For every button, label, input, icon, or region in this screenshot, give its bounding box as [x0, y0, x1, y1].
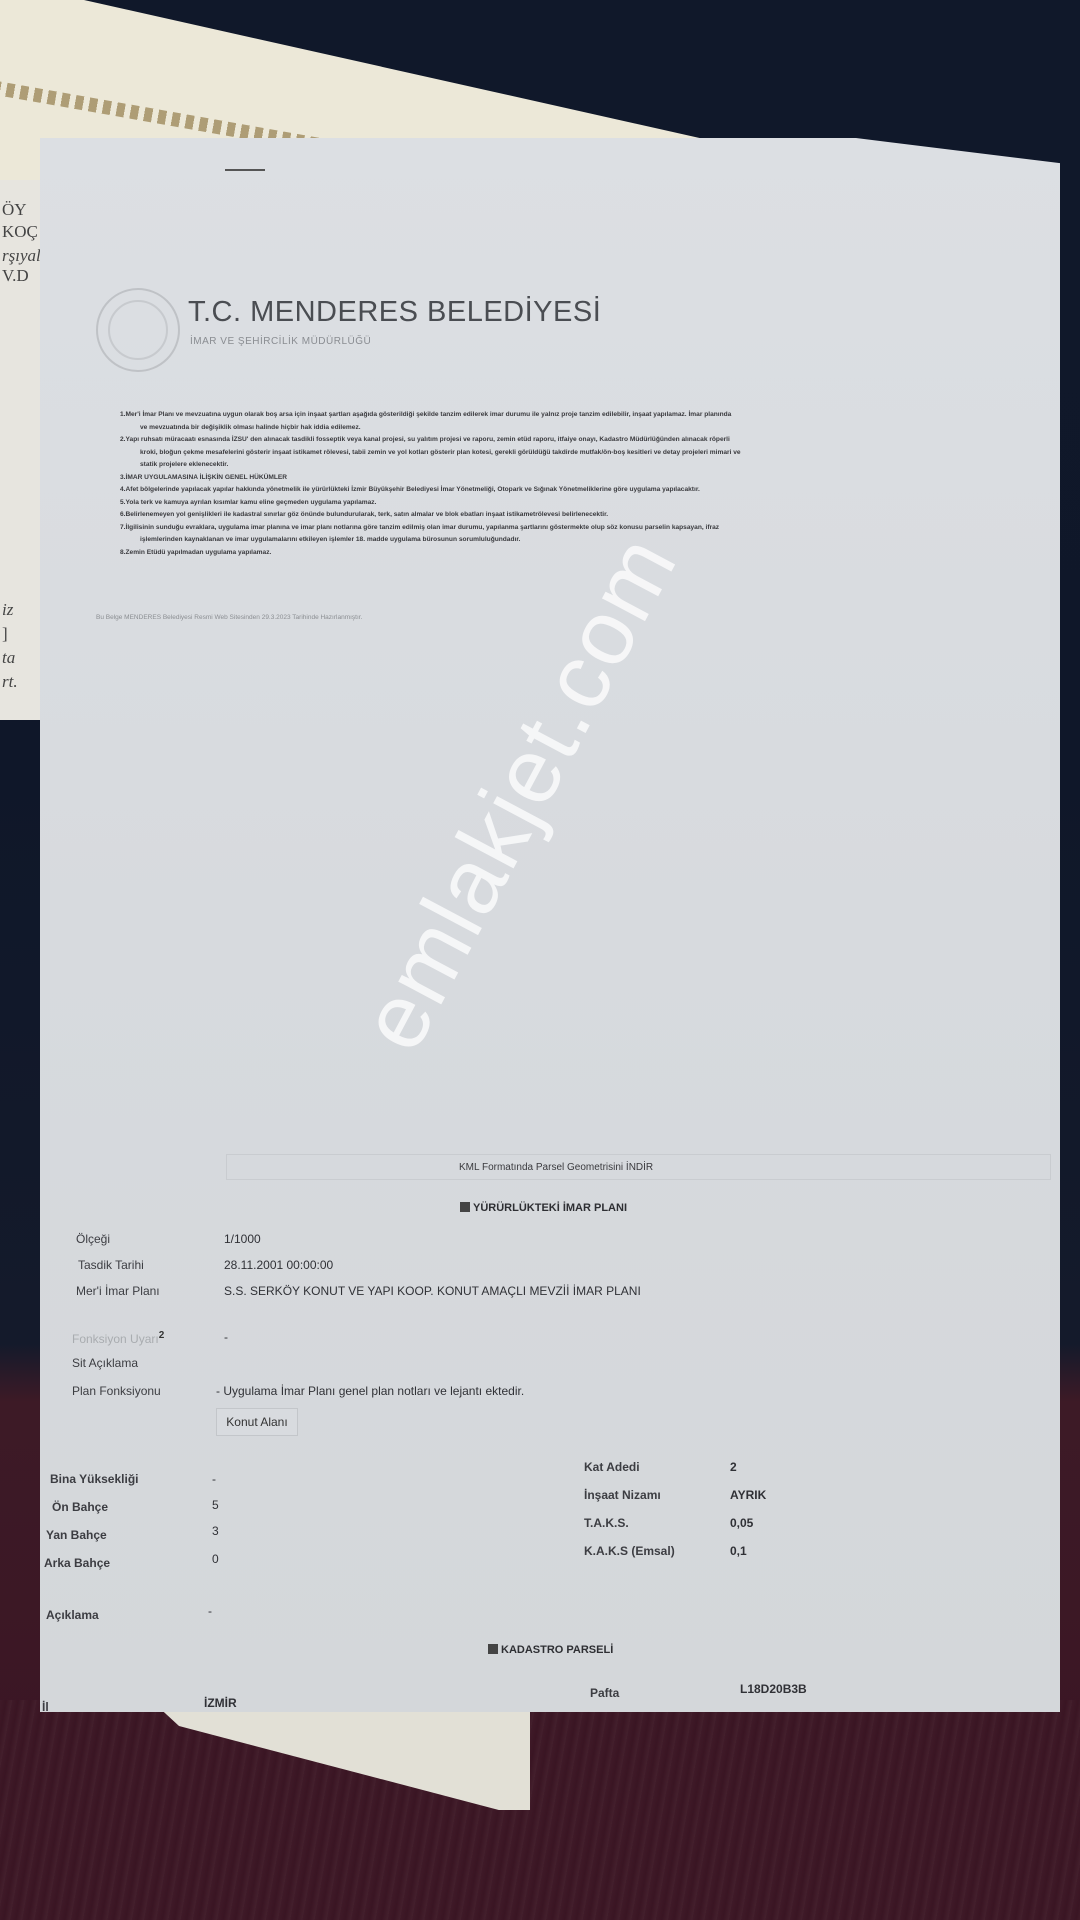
fonksiyon-uyari-label-text: Fonksiyon Uyarı [72, 1332, 159, 1346]
rule-line: kroki, bloğun çekme mesafelerini gösteri… [120, 448, 1000, 459]
yan-bahce-value: 3 [212, 1524, 219, 1538]
rule-line: 5.Yola terk ve kamuya ayrılan kısımlar k… [120, 498, 1000, 509]
arka-bahce-label: Arka Bahçe [44, 1556, 110, 1570]
dash-mark [225, 169, 265, 171]
kml-download-link[interactable]: KML Formatında Parsel Geometrisini İNDİR [226, 1154, 1051, 1180]
meri-plan-value: S.S. SERKÖY KONUT VE YAPI KOOP. KONUT AM… [224, 1284, 641, 1298]
yan-bahce-label: Yan Bahçe [46, 1528, 107, 1542]
plan-fonksiyon-label: Plan Fonksiyonu [72, 1384, 161, 1398]
rule-line: işlemlerinden kaynaklanan ve imar uygula… [120, 535, 1000, 546]
rule-line: 2.Yapı ruhsatı müracaatı esnasında İZSU'… [120, 435, 1000, 446]
rule-line: 1.Mer'i İmar Planı ve mevzuatına uygun o… [120, 410, 1000, 421]
footnote-marker: 2 [159, 1330, 165, 1341]
pafta-label: Pafta [590, 1686, 619, 1700]
table-surface [0, 1700, 1080, 1920]
olcegi-value: 1/1000 [224, 1232, 261, 1246]
fonksiyon-uyari-value: - [224, 1330, 228, 1344]
kat-adedi-value: 2 [730, 1460, 737, 1474]
aciklama-label: Açıklama [46, 1608, 99, 1622]
aciklama-value: - [208, 1604, 212, 1618]
kadastro-heading-text: KADASTRO PARSELİ [501, 1644, 613, 1656]
taks-label: T.A.K.S. [584, 1516, 629, 1530]
source-footnote: Bu Belge MENDERES Belediyesi Resmi Web S… [96, 614, 362, 621]
kat-adedi-label: Kat Adedi [584, 1460, 640, 1474]
document-subtitle: İMAR VE ŞEHİRCİLİK MÜDÜRLÜĞÜ [190, 336, 371, 347]
left-paper-text: iz [2, 600, 13, 620]
konut-alani-button[interactable]: Konut Alanı [216, 1408, 298, 1436]
left-paper-text: rt. [2, 672, 18, 692]
meri-plan-label: Mer'i İmar Planı [76, 1284, 160, 1298]
il-label: İl [42, 1700, 49, 1714]
watermark: emlakjet.com [340, 518, 698, 1067]
pafta-value: L18D20B3B [740, 1682, 807, 1696]
bina-yuksekligi-value: - [212, 1472, 216, 1486]
rule-line: 8.Zemin Etüdü yapılmadan uygulama yapıla… [120, 548, 1000, 559]
rule-line: 4.Afet bölgelerinde yapılacak yapılar ha… [120, 485, 1000, 496]
kadastro-heading: KADASTRO PARSELİ [488, 1644, 613, 1656]
insaat-nizami-label: İnşaat Nizamı [584, 1488, 661, 1502]
rule-line: 3.İMAR UYGULAMASINA İLİŞKİN GENEL HÜKÜML… [120, 473, 1000, 484]
left-paper-text: ÖY [2, 200, 27, 220]
imar-durumu-document: T.C. MENDERES BELEDİYESİ İMAR VE ŞEHİRCİ… [40, 138, 1060, 1712]
imar-plani-heading-text: YÜRÜRLÜKTEKİ İMAR PLANI [473, 1202, 627, 1214]
municipality-logo-icon [96, 288, 180, 372]
arka-bahce-value: 0 [212, 1552, 219, 1566]
taks-value: 0,05 [730, 1516, 753, 1530]
olcegi-label: Ölçeği [76, 1232, 110, 1246]
plan-fonksiyon-value: - Uygulama İmar Planı genel plan notları… [216, 1384, 524, 1398]
on-bahce-value: 5 [212, 1498, 219, 1512]
tasdik-label: Tasdik Tarihi [78, 1258, 144, 1272]
left-paper-text: ] [2, 624, 8, 644]
left-paper-text: V.D [2, 266, 29, 286]
imar-plani-heading: YÜRÜRLÜKTEKİ İMAR PLANI [460, 1202, 627, 1214]
rule-line: 6.Belirlenemeyen yol genişlikleri ile ka… [120, 510, 1000, 521]
kaks-value: 0,1 [730, 1544, 747, 1558]
grid-icon [488, 1644, 498, 1654]
left-paper-text: rşıyal [2, 246, 41, 266]
rule-line: ve mevzuatında bir değişiklik olması hal… [120, 423, 1000, 434]
rules-list: 1.Mer'i İmar Planı ve mevzuatına uygun o… [120, 410, 1000, 560]
left-paper-text: KOÇ [2, 222, 38, 242]
section-icon [460, 1202, 470, 1212]
insaat-nizami-value: AYRIK [730, 1488, 766, 1502]
rule-line: statik projelere eklenecektir. [120, 460, 1000, 471]
document-title: T.C. MENDERES BELEDİYESİ [188, 296, 601, 329]
il-value: İZMİR [204, 1696, 237, 1710]
tasdik-value: 28.11.2001 00:00:00 [224, 1258, 333, 1272]
fonksiyon-uyari-label: Fonksiyon Uyarı2 [72, 1330, 164, 1346]
rule-line: 7.İlgilisinin sunduğu evraklara, uygulam… [120, 523, 1000, 534]
kaks-label: K.A.K.S (Emsal) [584, 1544, 675, 1558]
bina-yuksekligi-label: Bina Yüksekliği [50, 1472, 138, 1486]
left-paper-text: ta [2, 648, 15, 668]
sit-aciklama-label: Sit Açıklama [72, 1356, 138, 1370]
on-bahce-label: Ön Bahçe [52, 1500, 108, 1514]
